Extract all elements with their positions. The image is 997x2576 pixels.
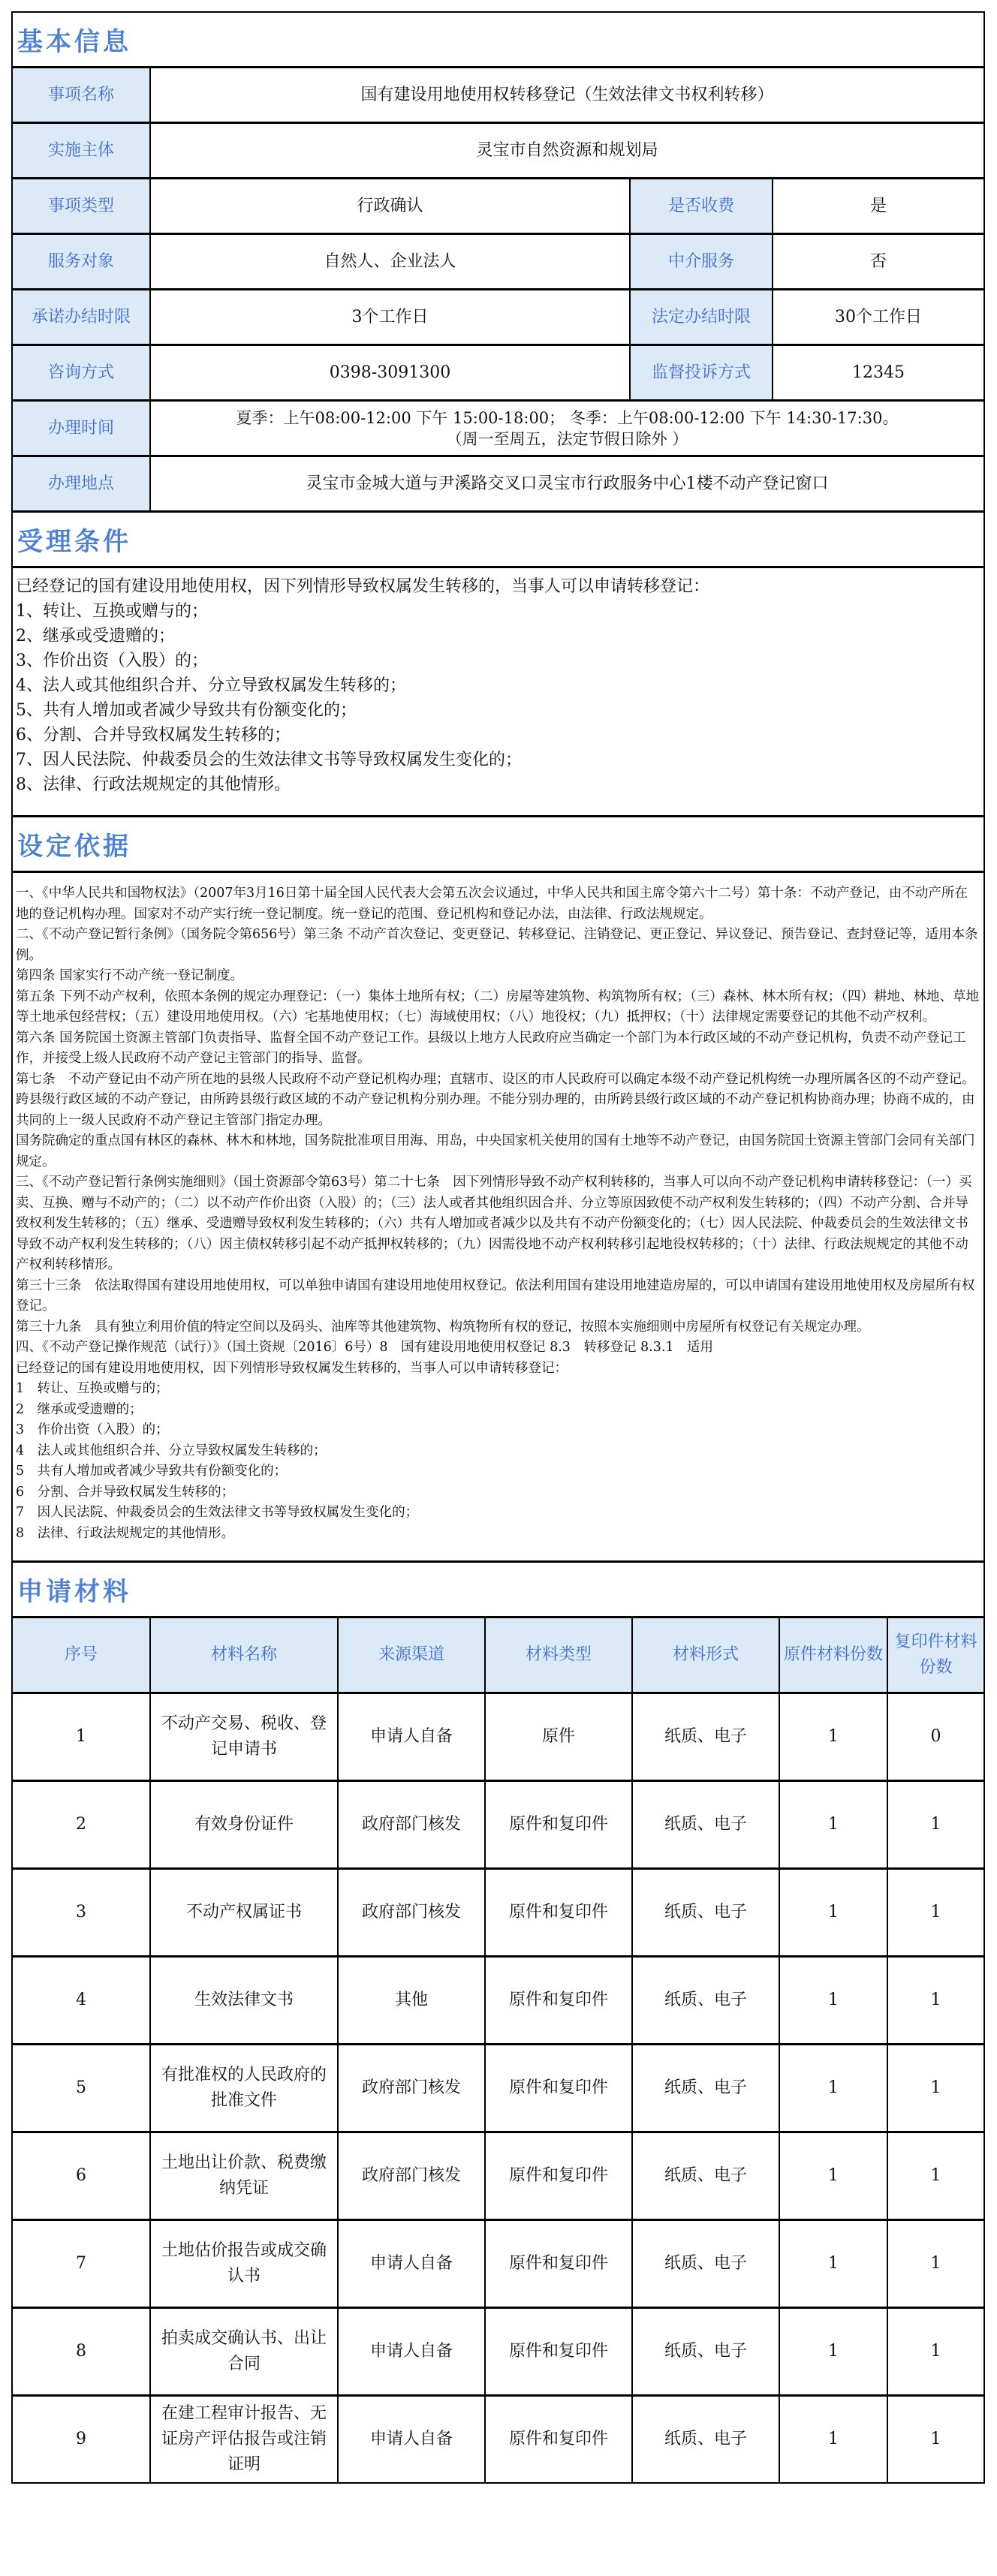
cell-name: 生效法律文书 [151, 1958, 339, 2043]
cell-name: 土地估价报告或成交确认书 [151, 2221, 339, 2307]
cell-original-count: 1 [780, 2221, 888, 2307]
col-header-form: 材料形式 [633, 1618, 780, 1692]
cell-type: 原件和复印件 [486, 1870, 633, 1955]
row-item-type: 事项类型 行政确认 是否收费 是 [13, 179, 983, 235]
cell-type: 原件和复印件 [486, 2309, 633, 2394]
conditions-line: 8、法律、行政法规规定的其他情形。 [16, 772, 980, 797]
row-item-name: 事项名称 国有建设用地使用权转移登记（生效法律文书权利转移） [13, 68, 983, 124]
basis-paragraph: 7 因人民法院、仲裁委员会的生效法律文书等导致权属发生变化的； [16, 1503, 980, 1524]
cell-name: 不动产权属证书 [151, 1870, 339, 1955]
cell-source: 申请人自备 [339, 2397, 486, 2482]
basis-paragraph: 4 法人或其他组织合并、分立导致权属发生转移的； [16, 1441, 980, 1462]
cell-form: 纸质、电子 [633, 1782, 780, 1867]
basis-paragraph: 第三十三条 依法取得国有建设用地使用权，可以单独申请国有建设用地使用权登记。依法… [16, 1276, 980, 1317]
value-legal-time: 30个工作日 [773, 290, 983, 344]
table-row: 6 土地出让价款、税费缴纳凭证 政府部门核发 原件和复印件 纸质、电子 1 1 [13, 2133, 983, 2221]
label-consult: 咨询方式 [13, 346, 151, 399]
basis-paragraph: 5 共有人增加或者减少导致共有份额变化的； [16, 1461, 980, 1482]
value-service-target: 自然人、企业法人 [151, 235, 631, 288]
row-time-limits: 承诺办结时限 3个工作日 法定办结时限 30个工作日 [13, 290, 983, 346]
value-promised-time: 3个工作日 [151, 290, 631, 344]
basis-paragraph: 3 作价出资（入股）的； [16, 1420, 980, 1441]
cell-name: 有效身份证件 [151, 1782, 339, 1867]
cell-copy-count: 1 [888, 2133, 983, 2219]
col-header-original-count: 原件材料份数 [780, 1618, 888, 1692]
cell-no: 7 [13, 2221, 151, 2307]
label-item-name: 事项名称 [13, 68, 151, 122]
cell-copy-count: 1 [888, 2397, 983, 2482]
cell-form: 纸质、电子 [633, 1958, 780, 2043]
cell-no: 3 [13, 1870, 151, 1955]
table-row: 4 生效法律文书 其他 原件和复印件 纸质、电子 1 1 [13, 1958, 983, 2045]
col-header-no: 序号 [13, 1618, 151, 1692]
col-header-type: 材料类型 [486, 1618, 633, 1692]
conditions-line: 4、法人或其他组织合并、分立导致权属发生转移的； [16, 673, 980, 698]
value-item-name: 国有建设用地使用权转移登记（生效法律文书权利转移） [151, 68, 983, 122]
table-row: 9 在建工程审计报告、无证房产评估报告或注销证明 申请人自备 原件和复印件 纸质… [13, 2397, 983, 2482]
cell-copy-count: 0 [888, 1694, 983, 1780]
cell-form: 纸质、电子 [633, 2221, 780, 2307]
row-implementer: 实施主体 灵宝市自然资源和规划局 [13, 124, 983, 179]
cell-type: 原件和复印件 [486, 1782, 633, 1867]
cell-source: 政府部门核发 [339, 1870, 486, 1955]
cell-name: 有批准权的人民政府的批准文件 [151, 2045, 339, 2131]
cell-type: 原件 [486, 1694, 633, 1780]
table-row: 7 土地估价报告或成交确认书 申请人自备 原件和复印件 纸质、电子 1 1 [13, 2221, 983, 2309]
cell-no: 9 [13, 2397, 151, 2482]
basis-paragraph: 国务院确定的重点国有林区的森林、林木和林地，国务院批准项目用海、用岛，中央国家机… [16, 1131, 980, 1172]
basis-paragraph: 2 继承或受遗赠的； [16, 1400, 980, 1421]
conditions-body: 已经登记的国有建设用地使用权，因下列情形导致权属发生转移的，当事人可以申请转移登… [13, 568, 983, 817]
section-conditions-header: 受理条件 [13, 513, 983, 568]
col-header-copy-count: 复印件材料份数 [888, 1618, 983, 1692]
row-service-target: 服务对象 自然人、企业法人 中介服务 否 [13, 235, 983, 290]
table-row: 1 不动产交易、税收、登记申请书 申请人自备 原件 纸质、电子 1 0 [13, 1694, 983, 1782]
cell-copy-count: 1 [888, 1958, 983, 2043]
label-location: 办理地点 [13, 457, 151, 510]
table-row: 5 有批准权的人民政府的批准文件 政府部门核发 原件和复印件 纸质、电子 1 1 [13, 2045, 983, 2133]
col-header-source: 来源渠道 [339, 1618, 486, 1692]
col-header-name: 材料名称 [151, 1618, 339, 1692]
label-implementer: 实施主体 [13, 124, 151, 177]
conditions-line: 1、转让、互换或赠与的； [16, 599, 980, 624]
basis-paragraph: 6 分割、合并导致权属发生转移的； [16, 1482, 980, 1503]
value-charge: 是 [773, 179, 983, 233]
label-charge: 是否收费 [631, 179, 773, 233]
cell-source: 政府部门核发 [339, 2133, 486, 2219]
cell-form: 纸质、电子 [633, 2045, 780, 2131]
cell-no: 8 [13, 2309, 151, 2394]
cell-no: 6 [13, 2133, 151, 2219]
value-consult-phone: 0398-3091300 [151, 346, 631, 399]
cell-form: 纸质、电子 [633, 1870, 780, 1955]
basis-paragraph: 第三十九条 具有独立利用价值的特定空间以及码头、油库等其他建筑物、构筑物所有权的… [16, 1317, 980, 1338]
basis-paragraph: 第五条 下列不动产权利，依照本条例的规定办理登记：（一）集体土地所有权；（二）房… [16, 987, 980, 1028]
label-service-target: 服务对象 [13, 235, 151, 288]
cell-original-count: 1 [780, 1870, 888, 1955]
basis-body: 一、《中华人民共和国物权法》（2007年3月16日第十届全国人民代表大会第五次会… [13, 873, 983, 1563]
value-intermediary: 否 [773, 235, 983, 288]
conditions-line: 7、因人民法院、仲裁委员会的生效法律文书等导致权属发生变化的； [16, 748, 980, 772]
cell-original-count: 1 [780, 1694, 888, 1780]
basis-paragraph: 一、《中华人民共和国物权法》（2007年3月16日第十届全国人民代表大会第五次会… [16, 883, 980, 925]
cell-source: 申请人自备 [339, 2221, 486, 2307]
basis-paragraph: 第四条 国家实行不动产统一登记制度。 [16, 966, 980, 987]
cell-no: 4 [13, 1958, 151, 2043]
cell-original-count: 1 [780, 2133, 888, 2219]
cell-original-count: 1 [780, 2309, 888, 2394]
conditions-line: 已经登记的国有建设用地使用权，因下列情形导致权属发生转移的，当事人可以申请转移登… [16, 574, 980, 599]
basis-paragraph: 三、《不动产登记暂行条例实施细则》（国土资源部令第63号）第二十七条 因下列情形… [16, 1172, 980, 1276]
basis-paragraph: 第六条 国务院国土资源主管部门负责指导、监督全国不动产登记工作。县级以上地方人民… [16, 1028, 980, 1070]
cell-copy-count: 1 [888, 1870, 983, 1955]
label-promised-time: 承诺办结时限 [13, 290, 151, 344]
hours-line-2: （周一至周五，法定节假日除外 ） [447, 429, 688, 450]
row-contact: 咨询方式 0398-3091300 监督投诉方式 12345 [13, 346, 983, 402]
section-title: 基本信息 [17, 21, 131, 58]
value-item-type: 行政确认 [151, 179, 631, 233]
cell-source: 申请人自备 [339, 2309, 486, 2394]
cell-form: 纸质、电子 [633, 2133, 780, 2219]
value-hours: 夏季：上午08:00-12:00 下午 15:00-18:00； 冬季：上午08… [151, 402, 983, 455]
basis-paragraph: 第七条 不动产登记由不动产所在地的县级人民政府不动产登记机构办理；直辖市、设区的… [16, 1070, 980, 1091]
materials-table: 序号 材料名称 来源渠道 材料类型 材料形式 原件材料份数 复印件材料份数 1 … [13, 1618, 983, 2482]
cell-form: 纸质、电子 [633, 1694, 780, 1780]
section-materials-header: 申请材料 [13, 1563, 983, 1618]
basis-paragraph: 二、《不动产登记暂行条例》（国务院令第656号）第三条 不动产首次登记、变更登记… [16, 925, 980, 966]
cell-name: 在建工程审计报告、无证房产评估报告或注销证明 [151, 2397, 339, 2482]
materials-header-row: 序号 材料名称 来源渠道 材料类型 材料形式 原件材料份数 复印件材料份数 [13, 1618, 983, 1694]
table-row: 8 拍卖成交确认书、出让合同 申请人自备 原件和复印件 纸质、电子 1 1 [13, 2309, 983, 2397]
section-basic-info-header: 基本信息 [13, 13, 983, 68]
value-complaint: 12345 [773, 346, 983, 399]
cell-type: 原件和复印件 [486, 2397, 633, 2482]
cell-original-count: 1 [780, 1958, 888, 2043]
basis-paragraph: 已经登记的国有建设用地使用权，因下列情形导致权属发生转移的，当事人可以申请转移登… [16, 1359, 980, 1380]
cell-no: 1 [13, 1694, 151, 1780]
value-location: 灵宝市金城大道与尹溪路交叉口灵宝市行政服务中心1楼不动产登记窗口 [151, 457, 983, 510]
cell-copy-count: 1 [888, 1782, 983, 1867]
row-location: 办理地点 灵宝市金城大道与尹溪路交叉口灵宝市行政服务中心1楼不动产登记窗口 [13, 457, 983, 513]
basis-paragraph: 8 法律、行政法规规定的其他情形。 [16, 1524, 980, 1545]
cell-source: 政府部门核发 [339, 1782, 486, 1867]
cell-original-count: 1 [780, 2397, 888, 2482]
cell-type: 原件和复印件 [486, 2133, 633, 2219]
cell-no: 5 [13, 2045, 151, 2131]
cell-type: 原件和复印件 [486, 2045, 633, 2131]
table-row: 2 有效身份证件 政府部门核发 原件和复印件 纸质、电子 1 1 [13, 1782, 983, 1870]
cell-name: 土地出让价款、税费缴纳凭证 [151, 2133, 339, 2219]
cell-type: 原件和复印件 [486, 2221, 633, 2307]
label-item-type: 事项类型 [13, 179, 151, 233]
label-complaint: 监督投诉方式 [631, 346, 773, 399]
basis-paragraph: 四、《不动产登记操作规范（试行）》（国土资规〔2016〕6号）8 国有建设用地使… [16, 1338, 980, 1359]
row-hours: 办理时间 夏季：上午08:00-12:00 下午 15:00-18:00； 冬季… [13, 402, 983, 457]
cell-name: 不动产交易、税收、登记申请书 [151, 1694, 339, 1780]
cell-source: 申请人自备 [339, 1694, 486, 1780]
label-legal-time: 法定办结时限 [631, 290, 773, 344]
cell-form: 纸质、电子 [633, 2309, 780, 2394]
cell-original-count: 1 [780, 1782, 888, 1867]
cell-form: 纸质、电子 [633, 2397, 780, 2482]
cell-copy-count: 1 [888, 2221, 983, 2307]
section-title: 申请材料 [17, 1571, 131, 1608]
label-hours: 办理时间 [13, 402, 151, 455]
cell-type: 原件和复印件 [486, 1958, 633, 2043]
conditions-line: 2、继承或受遗赠的； [16, 624, 980, 649]
cell-no: 2 [13, 1782, 151, 1867]
basis-paragraph: 1 转让、互换或赠与的； [16, 1379, 980, 1400]
section-basis-header: 设定依据 [13, 817, 983, 873]
cell-original-count: 1 [780, 2045, 888, 2131]
conditions-line: 5、共有人增加或者减少导致共有份额变化的； [16, 698, 980, 723]
cell-name: 拍卖成交确认书、出让合同 [151, 2309, 339, 2394]
label-intermediary: 中介服务 [631, 235, 773, 288]
hours-line-1: 夏季：上午08:00-12:00 下午 15:00-18:00； 冬季：上午08… [236, 408, 899, 429]
section-title: 设定依据 [17, 826, 131, 862]
cell-copy-count: 1 [888, 2309, 983, 2394]
cell-source: 其他 [339, 1958, 486, 2043]
service-guide-sheet: 基本信息 事项名称 国有建设用地使用权转移登记（生效法律文书权利转移） 实施主体… [11, 11, 985, 2484]
cell-copy-count: 1 [888, 2045, 983, 2131]
conditions-line: 6、分割、合并导致权属发生转移的； [16, 723, 980, 748]
cell-source: 政府部门核发 [339, 2045, 486, 2131]
conditions-line: 3、作价出资（入股）的； [16, 649, 980, 673]
table-row: 3 不动产权属证书 政府部门核发 原件和复印件 纸质、电子 1 1 [13, 1870, 983, 1958]
value-implementer: 灵宝市自然资源和规划局 [151, 124, 983, 177]
section-title: 受理条件 [17, 521, 131, 558]
basis-paragraph: 跨县级行政区域的不动产登记，由所跨县级行政区域的不动产登记机构分别办理。不能分别… [16, 1090, 980, 1131]
